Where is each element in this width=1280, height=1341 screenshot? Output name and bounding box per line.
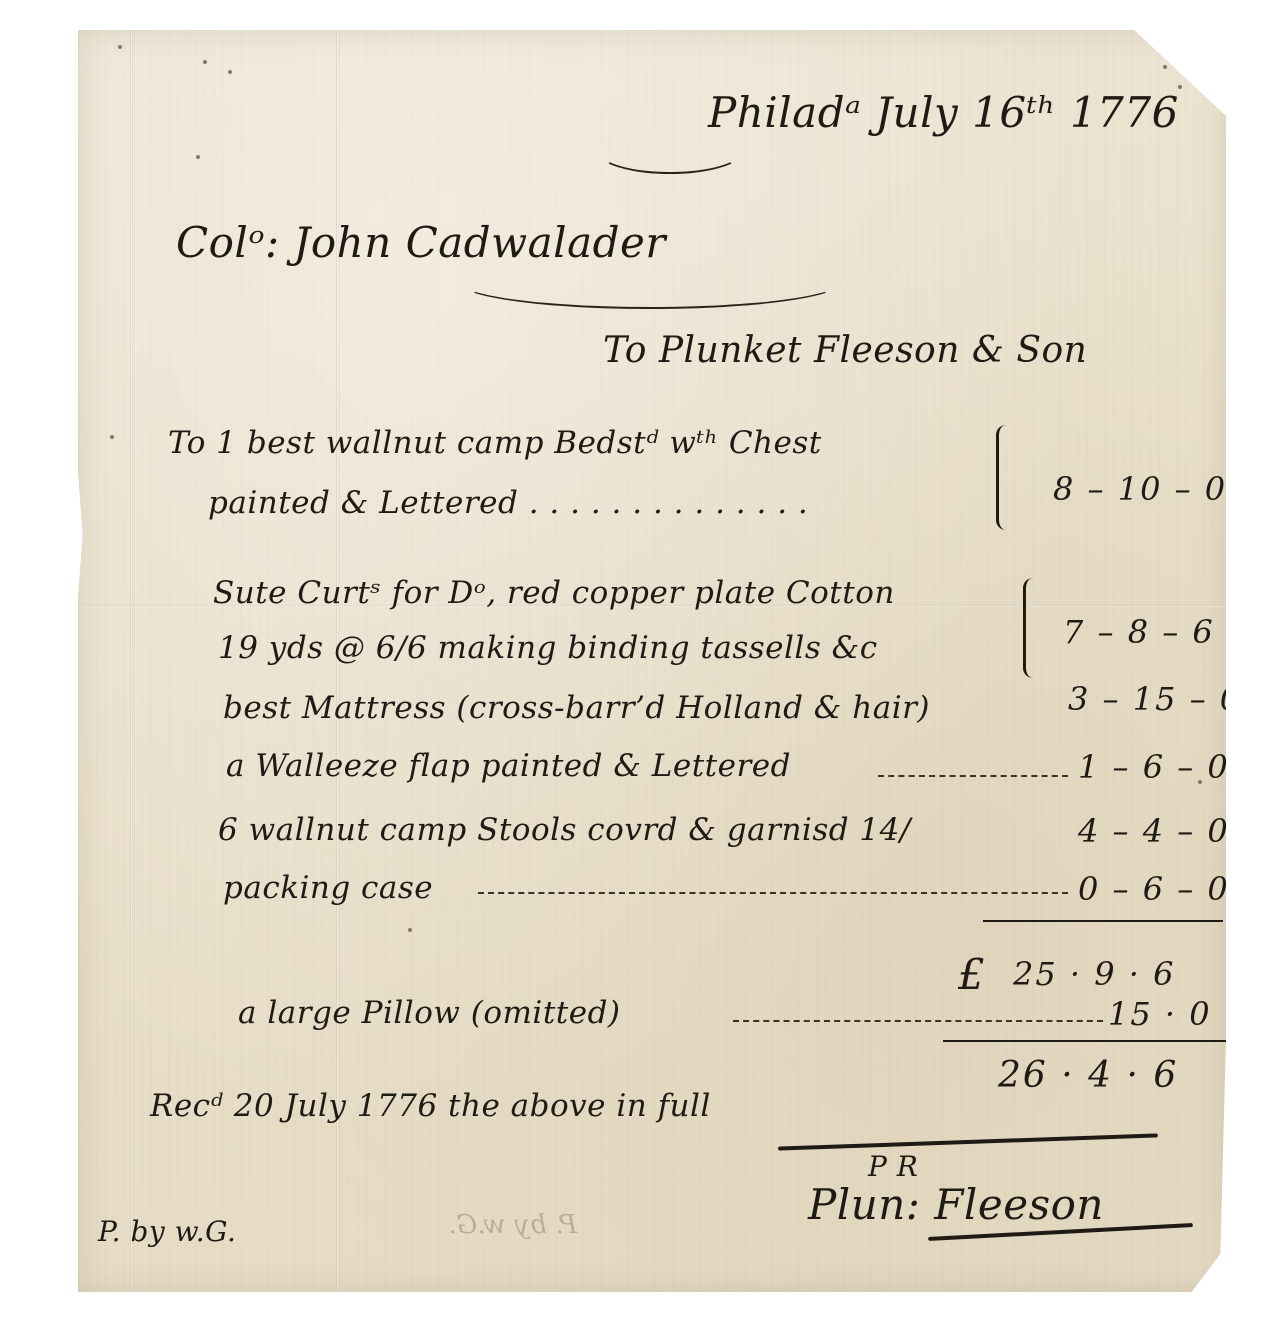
- flourish-decoration: [598, 130, 742, 174]
- ink-speck: [203, 60, 207, 64]
- flourish-decoration: [778, 1133, 1158, 1150]
- currency-pound-sign: £: [958, 950, 985, 999]
- ink-speck: [1163, 65, 1167, 69]
- line-item-description: Sute Curtˢ for Dᵒ, red copper plate Cott…: [213, 575, 895, 611]
- ink-speck: [228, 70, 232, 74]
- signature-prefix: P R: [868, 1150, 918, 1183]
- leader-line: [878, 775, 1068, 777]
- line-item-amount: 8 – 10 – 0: [1053, 470, 1227, 508]
- line-item-description: best Mattress (cross-barr’d Holland & ha…: [223, 690, 930, 726]
- sum-rule: [983, 920, 1223, 922]
- ink-speck: [408, 928, 412, 932]
- line-item-description: 19 yds @ 6/6 making binding tassells &c: [218, 630, 878, 666]
- margin-note: P. by w.G.: [98, 1215, 236, 1248]
- ink-speck: [196, 155, 200, 159]
- line-item-amount: 1 – 6 – 0: [1078, 748, 1230, 786]
- bracket-decoration: [1023, 578, 1040, 678]
- receipt-line: Recᵈ 20 July 1776 the above in full: [150, 1088, 711, 1124]
- leader-line: [733, 1020, 1103, 1022]
- omitted-item-amount: 15 · 0: [1108, 995, 1212, 1033]
- total-amount: 26 · 4 · 6: [998, 1055, 1178, 1096]
- line-item-description: a Walleeze flap painted & Lettered: [226, 748, 791, 784]
- paper-fold-left: [130, 30, 133, 1292]
- place-date: Philadᵃ July 16ᵗʰ 1776: [708, 88, 1179, 137]
- line-item-description: 6 wallnut camp Stools covrd & garnisd 14…: [218, 812, 911, 848]
- line-item-description: painted & Lettered . . . . . . . . . . .…: [208, 485, 808, 521]
- leader-line: [478, 892, 1068, 894]
- line-item-amount: 4 – 4 – 0: [1078, 812, 1230, 850]
- document-paper: Philadᵃ July 16ᵗʰ 1776 Colᵒ: John Cadwal…: [78, 30, 1226, 1292]
- omitted-item-description: a large Pillow (omitted): [238, 995, 621, 1031]
- ink-speck: [110, 435, 114, 439]
- creditor: To Plunket Fleeson & Son: [603, 330, 1087, 371]
- line-item-description: To 1 best wallnut camp Bedstᵈ wᵗʰ Chest: [168, 425, 822, 461]
- flourish-decoration: [458, 255, 842, 309]
- line-item-description: packing case: [223, 870, 433, 906]
- signature: Plun: Fleeson: [808, 1180, 1104, 1229]
- subtotal-amount: 25 · 9 · 6: [1013, 955, 1175, 993]
- bracket-decoration: [996, 425, 1013, 530]
- line-item-amount: 7 – 8 – 6: [1063, 613, 1215, 651]
- line-item-amount: 3 – 15 – 0: [1068, 680, 1242, 718]
- ink-speck: [118, 45, 122, 49]
- total-rule: [943, 1040, 1228, 1042]
- line-item-amount: 0 – 6 – 0: [1078, 870, 1230, 908]
- faint-mirrored-note: P. by w.G.: [448, 1210, 577, 1240]
